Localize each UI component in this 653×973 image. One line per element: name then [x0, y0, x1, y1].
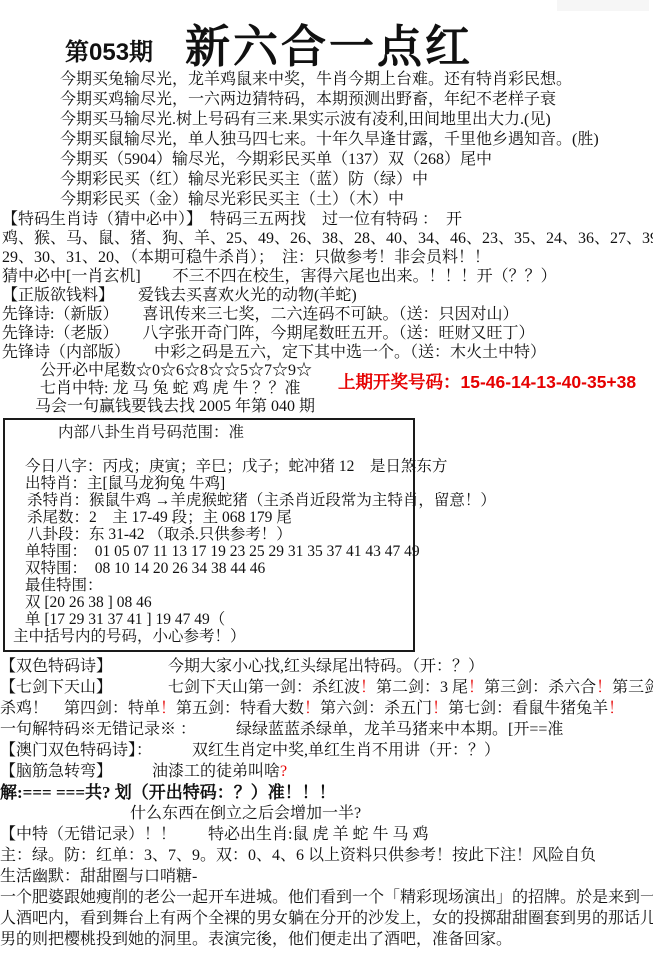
highlight-text: ！: [360, 679, 376, 696]
text-line: 最佳特围：: [13, 577, 413, 594]
text-line: 杀尾数：2 主 17-49 段；主 068 179 尾: [13, 509, 413, 526]
highlight-text: ！: [608, 700, 624, 717]
text-segment: 第三剑：杀六合: [484, 679, 596, 696]
text-segment: 主中括号内的号码，小心参考！）: [13, 628, 246, 645]
text-segment: 双特围： 08 10 14 20 26 34 38 44 46: [25, 560, 265, 577]
text-line: 生活幽默：甜甜圈与口哨糖-: [0, 866, 653, 887]
text-segment: 先锋诗:（新版） 喜讯传来三七奖，二六连码不可缺。（送：只因对山）: [2, 306, 518, 323]
header: 第053期 新六合一点红: [0, 0, 653, 70]
text-segment: 什么东西在倒立之后会增加一半?: [130, 805, 361, 822]
text-segment: 今期买鸡输尽光，一六两边猜特码，本期预测出野畜，年纪不老样子衰: [60, 91, 556, 108]
text-line: 29、30、31、20、（本期可稳牛杀肖）； 注：只做参考！非会员料！！: [0, 248, 653, 267]
text-line: 今期买鸡输尽光，一六两边猜特码，本期预测出野畜，年纪不老样子衰: [0, 90, 653, 110]
text-segment: 【正版欲钱料】 爱钱去买喜欢火光的动物(羊蛇): [2, 287, 357, 304]
highlight-text: ！: [160, 700, 176, 717]
text-segment: 【澳门双色特码诗】： 双红生肖定中奖,单红生肖不用讲（开：？）: [0, 742, 500, 759]
text-segment: 【中特（无错记录）！！ 特必出生肖:鼠 虎 羊 蛇 牛 马 鸡: [0, 826, 428, 843]
text-segment: 人酒吧内，看到舞台上有两个全裸的男女躺在分开的沙发上，女的投掷甜甜圈套到男的那话…: [0, 910, 653, 927]
text-line: 解:=== ===共? 划（开出特码：？）准！！！: [0, 782, 653, 803]
text-segment: 今期彩民买（金）输尽光彩民买主（土）（木）中: [60, 191, 404, 208]
text-segment: 第三剑:: [612, 679, 653, 696]
text-segment: 今期买鼠输尽光，单人独马四七来。十年久旱逢甘露，千里他乡遇知音。(胜): [60, 131, 599, 148]
bagua-box: 内部八卦生肖号码范围：准 今日八字：丙戌；庚寅；辛巳；戊子；蛇冲猪 12 是日煞…: [3, 418, 415, 652]
text-line: 鸡、猴、马、鼠、猪、狗、羊、25、49、26、38、28、40、34、46、23…: [0, 229, 653, 248]
text-segment: [13, 441, 17, 458]
text-line: 【澳门双色特码诗】： 双红生肖定中奖,单红生肖不用讲（开：？）: [0, 740, 653, 761]
text-segment: 【特码生肖诗（猜中必中）】 特码三五两找 过一位有特码 ： 开: [2, 211, 462, 228]
text-line: 【特码生肖诗（猜中必中）】 特码三五两找 过一位有特码 ： 开: [0, 210, 653, 229]
text-segment: 杀特肖：猴鼠牛鸡 →羊虎猴蛇猪（主杀肖近段常为主特肖，留意！）: [27, 492, 496, 509]
text-segment: 【脑筋急转弯】 油漆工的徒弟叫啥: [0, 763, 280, 780]
text-segment: 一句解特码※无错记录※ ： 绿绿蓝蓝杀绿单，龙羊马猪来中本期。[开==准: [0, 721, 563, 738]
text-segment: 出特肖：主[鼠马龙狗兔 牛鸡]: [25, 475, 225, 492]
text-segment: 第五剑：特看大数: [176, 700, 304, 717]
text-line: 一个肥婆跟她瘦削的老公一起开车进城。他们看到一个「精彩现场演出」的招牌。於是来到…: [0, 887, 653, 908]
text-line: 今日八字：丙戌；庚寅；辛巳；戊子；蛇冲猪 12 是日煞东方: [13, 458, 413, 475]
text-segment: 主：绿。防：红单：3、7、9。双：0、4、6 以上资料只供参考！按此下注！风险自…: [0, 847, 596, 864]
text-line: 内部八卦生肖号码范围：准: [13, 424, 413, 441]
text-segment: 29、30、31、20、（本期可稳牛杀肖）； 注：只做参考！非会员料！！: [2, 249, 490, 266]
text-line: 【七剑下天山】 七剑下天山第一剑：杀红波！第二剑：3 尾！第三剑：杀六合！第三剑…: [0, 677, 653, 698]
text-segment: 解:=== ===共? 划（开出特码：？）准！！！: [0, 783, 336, 802]
text-segment: 先锋诗:（老版） 八字张开奇门阵，今期尾数旺五开。（送：旺财又旺丁）: [2, 325, 534, 342]
zodiac-section: 【特码生肖诗（猜中必中）】 特码三五两找 过一位有特码 ： 开鸡、猴、马、鼠、猪…: [0, 210, 653, 362]
text-segment: 今日八字：丙戌；庚寅；辛巳；戊子；蛇冲猪 12 是日煞东方: [25, 458, 447, 475]
text-line: 今期买兔输尽光，龙羊鸡鼠来中奖，牛肖今期上台难。还有特肖彩民想。: [0, 70, 653, 90]
text-segment: 七肖中特: 龙 马 兔 蛇 鸡 虎 牛 ？？准: [40, 380, 300, 397]
scan-artifact: [557, 0, 649, 11]
highlight-text: ！: [468, 679, 484, 696]
text-line: 今期彩民买（红）输尽光彩民买主（蓝）防（绿）中: [0, 170, 653, 190]
text-line: 杀鸡！ 第四剑：特单！第五剑：特看大数！第六剑：杀五门！第七剑：看鼠牛猪兔羊！: [0, 698, 653, 719]
text-segment: 今期买马输尽光.树上号码有三来.果实示波有凌利,田间地里出大力.(见): [60, 111, 551, 128]
text-segment: 【七剑下天山】 七剑下天山第一剑：杀红波: [0, 679, 360, 696]
text-line: 【双色特码诗】 今期大家小心找,红头绿尾出特码。（开：？）: [0, 656, 653, 677]
text-segment: 猜中必中[一肖玄机] 不三不四在校生，害得六尾也出来。！！！开（？？）: [2, 268, 557, 285]
text-line: 一句解特码※无错记录※ ： 绿绿蓝蓝杀绿单，龙羊马猪来中本期。[开==准: [0, 719, 653, 740]
text-line: 今期买马输尽光.树上号码有三来.果实示波有凌利,田间地里出大力.(见): [0, 110, 653, 130]
text-segment: 先锋诗（内部版） 中彩之码是五六，定下其中选一个。（送：木火土中特）: [2, 344, 546, 361]
text-segment: 今期彩民买（红）输尽光彩民买主（蓝）防（绿）中: [60, 171, 428, 188]
text-line: 先锋诗:（新版） 喜讯传来三七奖，二六连码不可缺。（送：只因对山）: [0, 305, 653, 324]
issue-number: 第053期: [65, 36, 153, 70]
text-line: 今期彩民买（金）输尽光彩民买主（土）（木）中: [0, 190, 653, 210]
text-segment: 马会一句赢钱要钱去找 2005 年第 040 期: [35, 398, 315, 415]
text-segment: 第七剑：看鼠牛猪兔羊: [448, 700, 608, 717]
text-segment: 【双色特码诗】 今期大家小心找,红头绿尾出特码。（开：？）: [0, 658, 484, 675]
text-segment: 杀尾数：2 主 17-49 段；主 068 179 尾: [27, 509, 292, 526]
page-title: 新六合一点红: [185, 24, 473, 70]
text-line: [13, 441, 413, 458]
text-line: 今期买鼠输尽光，单人独马四七来。十年久旱逢甘露，千里他乡遇知音。(胜): [0, 130, 653, 150]
post-section: 【双色特码诗】 今期大家小心找,红头绿尾出特码。（开：？）【七剑下天山】 七剑下…: [0, 656, 653, 950]
text-line: 今期买（5904）输尽光，今期彩民买单（137）双（268）尾中: [0, 150, 653, 170]
text-line: 主：绿。防：红单：3、7、9。双：0、4、6 以上资料只供参考！按此下注！风险自…: [0, 845, 653, 866]
text-segment: 今期买（5904）输尽光，今期彩民买单（137）双（268）尾中: [60, 151, 492, 168]
text-segment: 生活幽默：甜甜圈与口哨糖-: [0, 868, 197, 885]
text-line: 单特围： 01 05 07 11 13 17 19 23 25 29 31 35…: [13, 543, 413, 560]
text-line: 【脑筋急转弯】 油漆工的徒弟叫啥?: [0, 761, 653, 782]
text-segment: 最佳特围：: [25, 577, 103, 594]
highlight-text: ！: [432, 700, 448, 717]
text-segment: 双 [20 26 38 ] 08 46: [25, 594, 152, 611]
text-line: 杀特肖：猴鼠牛鸡 →羊虎猴蛇猪（主杀肖近段常为主特肖，留意！）: [13, 492, 413, 509]
last-draw-numbers: 上期开奖号码：15-46-14-13-40-35+38: [338, 369, 636, 394]
text-segment: 公开必中尾数☆0☆6☆8☆☆5☆7☆9☆: [40, 362, 312, 379]
text-segment: 一个肥婆跟她瘦削的老公一起开车进城。他们看到一个「精彩现场演出」的招牌。於是来到…: [0, 889, 653, 906]
highlight-text: ！: [596, 679, 612, 696]
highlight-text: ?: [280, 763, 287, 780]
text-line: 出特肖：主[鼠马龙狗兔 牛鸡]: [13, 475, 413, 492]
text-line: 单 [17 29 31 37 41 ] 19 47 49（: [13, 611, 413, 628]
text-segment: 八卦段：东 31-42 （取杀.只供参考！）: [27, 526, 292, 543]
text-line: 人酒吧内，看到舞台上有两个全裸的男女躺在分开的沙发上，女的投掷甜甜圈套到男的那话…: [0, 908, 653, 929]
text-segment: 杀鸡！ 第四剑：特单: [0, 700, 160, 717]
text-line: 什么东西在倒立之后会增加一半?: [0, 803, 653, 824]
text-segment: 第二剑：3 尾: [376, 679, 468, 696]
text-segment: 今期买兔输尽光，龙羊鸡鼠来中奖，牛肖今期上台难。还有特肖彩民想。: [60, 71, 572, 88]
text-line: 八卦段：东 31-42 （取杀.只供参考！）: [13, 526, 413, 543]
text-line: 双 [20 26 38 ] 08 46: [13, 594, 413, 611]
text-segment: 单特围： 01 05 07 11 13 17 19 23 25 29 31 35…: [25, 543, 420, 560]
text-line: 先锋诗:（老版） 八字张开奇门阵，今期尾数旺五开。（送：旺财又旺丁）: [0, 324, 653, 343]
text-line: 先锋诗（内部版） 中彩之码是五六，定下其中选一个。（送：木火土中特）: [0, 343, 653, 362]
text-line: 主中括号内的号码，小心参考！）: [13, 628, 413, 645]
text-line: 【正版欲钱料】 爱钱去买喜欢火光的动物(羊蛇): [0, 286, 653, 305]
text-segment: 鸡、猴、马、鼠、猪、狗、羊、25、49、26、38、28、40、34、46、23…: [2, 230, 653, 247]
text-line: 马会一句赢钱要钱去找 2005 年第 040 期: [0, 398, 653, 416]
highlight-text: ！: [304, 700, 320, 717]
page: 第053期 新六合一点红 今期买兔输尽光，龙羊鸡鼠来中奖，牛肖今期上台难。还有特…: [0, 0, 653, 973]
text-segment: 单 [17 29 31 37 41 ] 19 47 49（: [25, 611, 225, 628]
text-line: 男的则把樱桃投到她的洞里。表演完後，他们便走出了酒吧，准备回家。: [0, 929, 653, 950]
text-line: 【中特（无错记录）！！ 特必出生肖:鼠 虎 羊 蛇 牛 马 鸡: [0, 824, 653, 845]
text-line: 猜中必中[一肖玄机] 不三不四在校生，害得六尾也出来。！！！开（？？）: [0, 267, 653, 286]
text-segment: 内部八卦生肖号码范围：准: [58, 424, 244, 441]
text-line: 双特围： 08 10 14 20 26 34 38 44 46: [13, 560, 413, 577]
text-segment: 男的则把樱桃投到她的洞里。表演完後，他们便走出了酒吧，准备回家。: [0, 931, 512, 948]
poems-section: 今期买兔输尽光，龙羊鸡鼠来中奖，牛肖今期上台难。还有特肖彩民想。今期买鸡输尽光，…: [0, 70, 653, 210]
text-segment: 第六剑：杀五门: [320, 700, 432, 717]
